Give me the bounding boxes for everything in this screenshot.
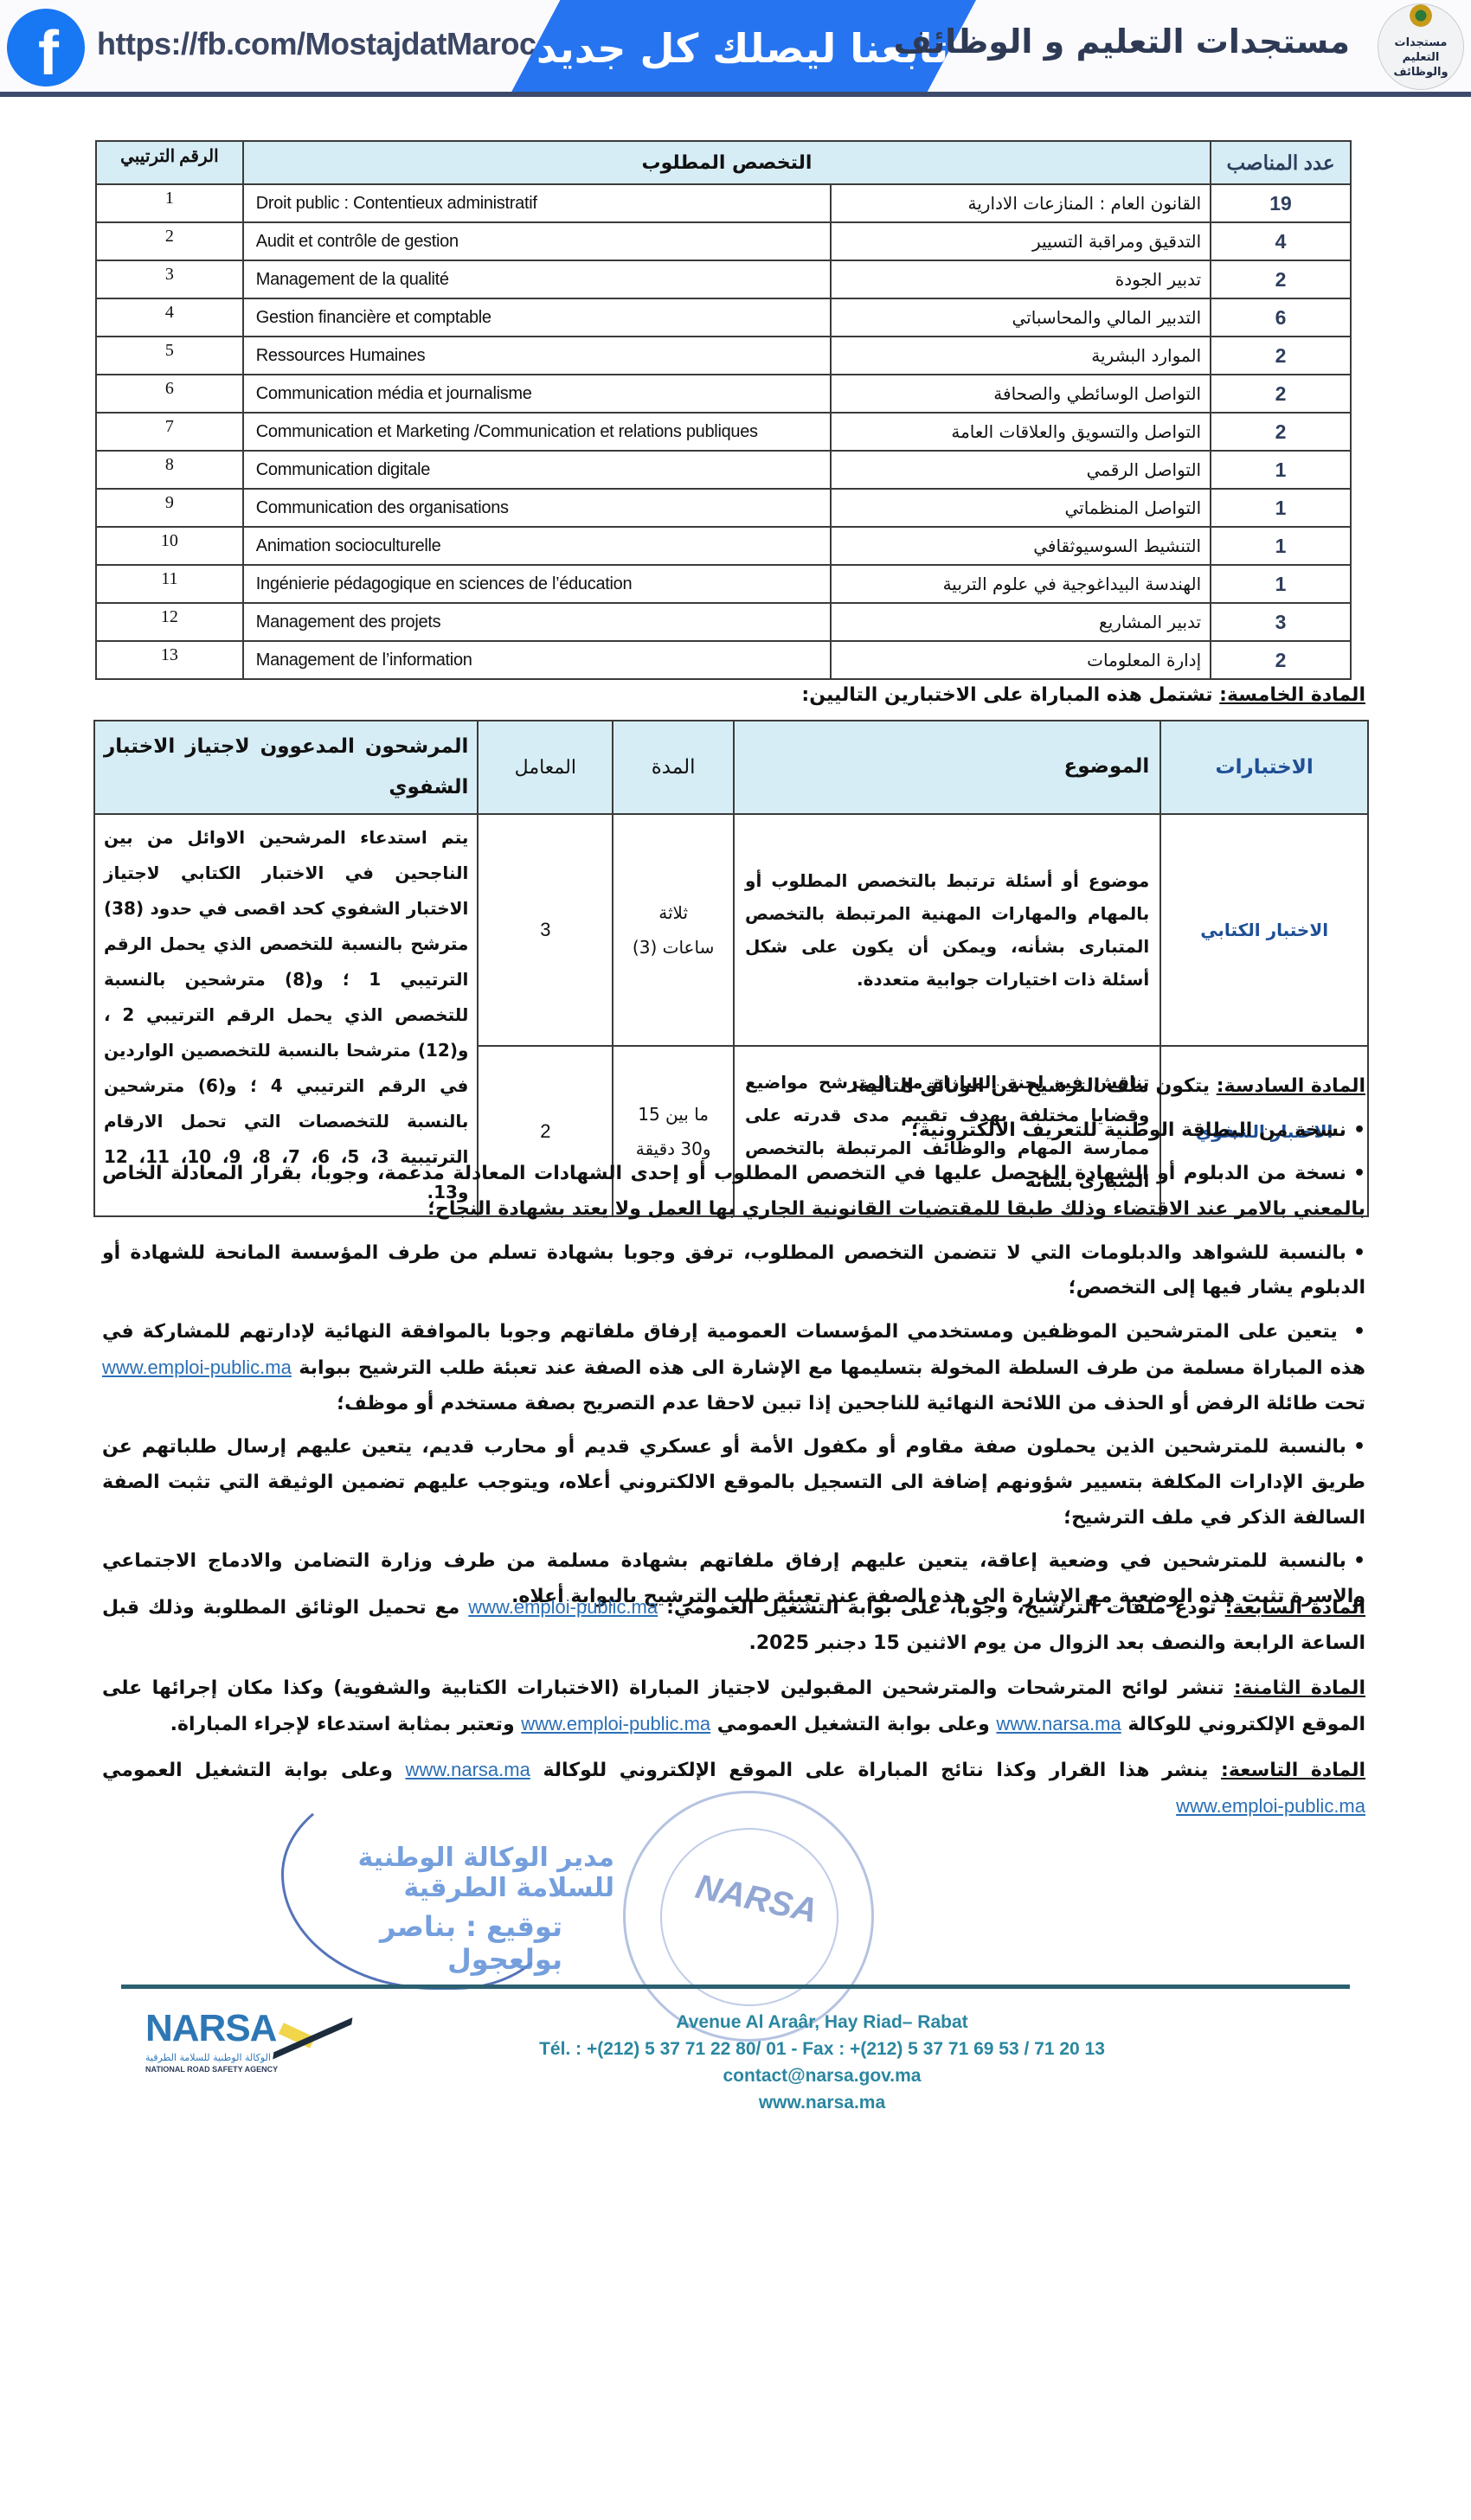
count-cell: 2	[1211, 337, 1351, 375]
site-title: مستجدات التعليم و الوظائف	[894, 22, 1350, 61]
exam-written-name: الاختبار الكتابي	[1160, 814, 1368, 1046]
specialty-fr-cell: Management des projets	[243, 603, 831, 641]
count-cell: 1	[1211, 527, 1351, 565]
table-row: 8Communication digitaleالتواصل الرقمي1	[96, 451, 1351, 489]
table-row: 3Management de la qualitéتدبير الجودة2	[96, 260, 1351, 298]
header-rank: الرقم الترتيبي	[96, 141, 243, 184]
emploi-public-link[interactable]: www.emploi-public.ma	[102, 1356, 292, 1378]
table-header-row: الرقم الترتيبي التخصص المطلوب عدد المناص…	[96, 141, 1351, 184]
rank-cell: 12	[96, 603, 243, 641]
header-topic: الموضوع	[734, 721, 1160, 814]
royal-emblem-icon	[1409, 4, 1433, 29]
specialty-ar-cell: الهندسة البيداغوجية في علوم التربية	[831, 565, 1211, 603]
signatory-title: مدير الوكالة الوطنية للسلامة الطرقية	[286, 1843, 614, 1903]
table-row: 1Droit public : Contentieux administrati…	[96, 184, 1351, 222]
count-cell: 1	[1211, 489, 1351, 527]
count-cell: 3	[1211, 603, 1351, 641]
table-row: 13Management de l’informationإدارة المعل…	[96, 641, 1351, 679]
count-cell: 2	[1211, 641, 1351, 679]
specialty-ar-cell: التدقيق ومراقبة التسيير	[831, 222, 1211, 260]
specialty-ar-cell: تدبير الجودة	[831, 260, 1211, 298]
header-candidates: المرشحون المدعوون لاجتياز الاختبار الشفو…	[94, 721, 478, 814]
rank-cell: 4	[96, 298, 243, 337]
site-logo: مستجدات التعليم والوظائف	[1378, 3, 1464, 90]
rank-cell: 2	[96, 222, 243, 260]
count-cell: 1	[1211, 451, 1351, 489]
footer-email[interactable]: contact@narsa.gov.ma	[467, 2062, 1177, 2089]
header-exam: الاختبارات	[1160, 721, 1368, 814]
specialty-ar-cell: الموارد البشرية	[831, 337, 1211, 375]
specialty-fr-cell: Communication digitale	[243, 451, 831, 489]
article-6: المادة السادسة: يتكون ملف الترشيح من الو…	[102, 1069, 1365, 1615]
specialty-fr-cell: Communication des organisations	[243, 489, 831, 527]
count-cell: 6	[1211, 298, 1351, 337]
rank-cell: 1	[96, 184, 243, 222]
table-row: 6Communication média et journalismeالتوا…	[96, 375, 1351, 413]
official-stamp-icon: NARSA	[623, 1791, 874, 2042]
positions-table: الرقم الترتيبي التخصص المطلوب عدد المناص…	[95, 140, 1352, 680]
specialty-ar-cell: التدبير المالي والمحاسباتي	[831, 298, 1211, 337]
article-7: المادة السابعة: تودع ملفات الترشيح، وجوب…	[102, 1590, 1365, 1661]
specialty-fr-cell: Audit et contrôle de gestion	[243, 222, 831, 260]
footer-divider	[121, 1985, 1350, 1989]
table-row: 5Ressources Humainesالموارد البشرية2	[96, 337, 1351, 375]
list-item: نسخة من الدبلوم أو الشهادة المحصل عليها …	[102, 1157, 1365, 1227]
emploi-public-link[interactable]: www.emploi-public.ma	[1176, 1795, 1365, 1817]
rank-cell: 9	[96, 489, 243, 527]
rank-cell: 7	[96, 413, 243, 451]
emploi-public-link[interactable]: www.emploi-public.ma	[521, 1713, 710, 1735]
rank-cell: 5	[96, 337, 243, 375]
list-item: بالنسبة للشواهد والدبلومات التي لا تتضمن…	[102, 1236, 1365, 1306]
rank-cell: 13	[96, 641, 243, 679]
specialty-fr-cell: Ressources Humaines	[243, 337, 831, 375]
specialty-fr-cell: Animation socioculturelle	[243, 527, 831, 565]
rank-cell: 6	[96, 375, 243, 413]
table-row: 12Management des projetsتدبير المشاريع3	[96, 603, 1351, 641]
table-header-row: الاختبارات الموضوع المدة المعامل المرشحو…	[94, 721, 1368, 814]
list-item: نسخة من البطاقة الوطنية للتعريف الالكترو…	[102, 1113, 1365, 1149]
count-cell: 19	[1211, 184, 1351, 222]
emploi-public-link[interactable]: www.emploi-public.ma	[468, 1596, 658, 1618]
footer-phone: Tél. : +(212) 5 37 71 22 80/ 01 - Fax : …	[467, 2036, 1177, 2062]
facebook-icon[interactable]: f	[7, 9, 85, 87]
narsa-link[interactable]: www.narsa.ma	[996, 1713, 1121, 1735]
specialty-fr-cell: Droit public : Contentieux administratif	[243, 184, 831, 222]
specialty-ar-cell: التواصل الوسائطي والصحافة	[831, 375, 1211, 413]
header-duration: المدة	[613, 721, 734, 814]
table-row: 9Communication des organisationsالتواصل …	[96, 489, 1351, 527]
site-banner: f https://fb.com/MostajdatMaroc تابعنا ل…	[0, 0, 1471, 95]
article-8: المادة الثامنة: تنشر لوائح المترشحات وال…	[102, 1671, 1365, 1742]
specialty-fr-cell: Communication média et journalisme	[243, 375, 831, 413]
rank-cell: 3	[96, 260, 243, 298]
footer-website[interactable]: www.narsa.ma	[467, 2089, 1177, 2116]
specialty-ar-cell: التواصل المنظماتي	[831, 489, 1211, 527]
count-cell: 2	[1211, 413, 1351, 451]
narsa-link[interactable]: www.narsa.ma	[406, 1759, 530, 1780]
table-row: 11Ingénierie pédagogique en sciences de …	[96, 565, 1351, 603]
exam-written-coefficient: 3	[478, 814, 613, 1046]
exam-written-duration: ثلاثةساعات (3)	[613, 814, 734, 1046]
article-5: المادة الخامسة: تشتمل هذه المباراة على ا…	[102, 678, 1365, 714]
specialty-ar-cell: التنشيط السوسيوثقافي	[831, 527, 1211, 565]
count-cell: 4	[1211, 222, 1351, 260]
specialty-fr-cell: Management de l’information	[243, 641, 831, 679]
banner-divider	[0, 92, 1471, 97]
list-item: بالنسبة للمترشحين الذين يحملون صفة مقاوم…	[102, 1430, 1365, 1536]
table-row-written: الاختبار الكتابي موضوع أو أسئلة ترتبط با…	[94, 814, 1368, 1046]
table-row: 7Communication et Marketing /Communicati…	[96, 413, 1351, 451]
rank-cell: 10	[96, 527, 243, 565]
list-item: يتعين على المترشحين الموظفين ومستخدمي ال…	[102, 1315, 1365, 1421]
rank-cell: 11	[96, 565, 243, 603]
count-cell: 2	[1211, 375, 1351, 413]
table-row: 4Gestion financière et comptableالتدبير …	[96, 298, 1351, 337]
count-cell: 1	[1211, 565, 1351, 603]
signatory-name: توقيع : بناصر بولعجول	[286, 1910, 562, 1976]
header-specialty: التخصص المطلوب	[243, 141, 1211, 184]
specialty-ar-cell: تدبير المشاريع	[831, 603, 1211, 641]
count-cell: 2	[1211, 260, 1351, 298]
specialty-ar-cell: إدارة المعلومات	[831, 641, 1211, 679]
rank-cell: 8	[96, 451, 243, 489]
header-coefficient: المعامل	[478, 721, 613, 814]
footer-contact: Avenue Al Araâr, Hay Riad– Rabat Tél. : …	[467, 2009, 1177, 2116]
specialty-fr-cell: Communication et Marketing /Communicatio…	[243, 413, 831, 451]
specialty-ar-cell: التواصل والتسويق والعلاقات العامة	[831, 413, 1211, 451]
specialty-ar-cell: التواصل الرقمي	[831, 451, 1211, 489]
exam-written-topic: موضوع أو أسئلة ترتبط بالتخصص المطلوب أو …	[734, 814, 1160, 1046]
specialty-ar-cell: القانون العام : المنازعات الادارية	[831, 184, 1211, 222]
table-row: 2Audit et contrôle de gestionالتدقيق ومر…	[96, 222, 1351, 260]
facebook-url[interactable]: https://fb.com/MostajdatMaroc	[97, 26, 536, 62]
signature-block: مدير الوكالة الوطنية للسلامة الطرقية توق…	[286, 1808, 614, 1955]
specialty-fr-cell: Management de la qualité	[243, 260, 831, 298]
specialty-fr-cell: Ingénierie pédagogique en sciences de l’…	[243, 565, 831, 603]
header-count: عدد المناصب	[1211, 141, 1351, 184]
footer-address: Avenue Al Araâr, Hay Riad– Rabat	[467, 2009, 1177, 2036]
table-row: 10Animation socioculturelleالتنشيط السوس…	[96, 527, 1351, 565]
narsa-logo: NARSA الوكالة الوطنية للسلامة الطرقية NA…	[145, 2007, 353, 2111]
specialty-fr-cell: Gestion financière et comptable	[243, 298, 831, 337]
